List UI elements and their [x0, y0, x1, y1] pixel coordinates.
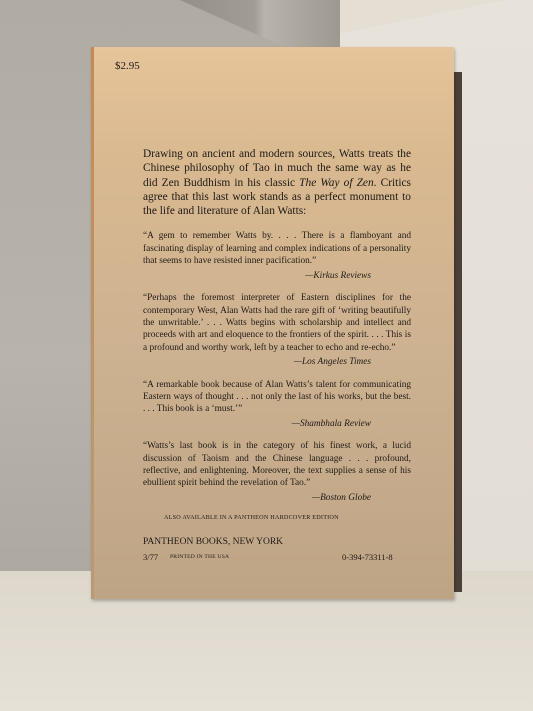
review-source: —Shambhala Review: [143, 418, 411, 430]
review-source: —Boston Globe: [143, 492, 411, 504]
review-source: —Kirkus Reviews: [143, 270, 411, 282]
publisher-name: PANTHEON BOOKS, NEW YORK: [143, 537, 283, 547]
book-spine-shadow: [454, 72, 462, 592]
intro-book-title: The Way of Zen: [299, 177, 374, 189]
review-quote: “Watts’s last book is in the category of…: [143, 440, 411, 504]
review-quote-text: “A remarkable book because of Alan Watts…: [143, 380, 411, 415]
isbn-number: 0-394-73311-8: [342, 552, 393, 562]
review-quote-text: “Watts’s last book is in the category of…: [143, 441, 411, 488]
review-quote: “A gem to remember Watts by. . . . There…: [143, 230, 411, 282]
review-quote-text: “A gem to remember Watts by. . . . There…: [143, 231, 411, 266]
also-available-note: ALSO AVAILABLE IN A PANTHEON HARDCOVER E…: [164, 514, 339, 521]
cover-text: Drawing on ancient and modern sources, W…: [143, 147, 411, 514]
review-quote: “A remarkable book because of Alan Watts…: [143, 379, 411, 431]
review-block: “A remarkable book because of Alan Watts…: [143, 379, 411, 431]
review-block: “Perhaps the foremost interpreter of Eas…: [143, 292, 411, 368]
review-quote-text: “Perhaps the foremost interpreter of Eas…: [143, 293, 411, 353]
intro-paragraph: Drawing on ancient and modern sources, W…: [143, 147, 411, 218]
printed-in-note: PRINTED IN THE USA: [170, 554, 229, 560]
review-source: —Los Angeles Times: [143, 356, 411, 368]
price-label: $2.95: [115, 60, 140, 72]
book-back-cover: $2.95 Drawing on ancient and modern sour…: [91, 47, 454, 599]
review-block: “Watts’s last book is in the category of…: [143, 440, 411, 504]
review-quote: “Perhaps the foremost interpreter of Eas…: [143, 292, 411, 368]
photo-scene: $2.95 Drawing on ancient and modern sour…: [0, 0, 533, 711]
print-date: 3/77: [143, 552, 158, 562]
review-block: “A gem to remember Watts by. . . . There…: [143, 230, 411, 282]
